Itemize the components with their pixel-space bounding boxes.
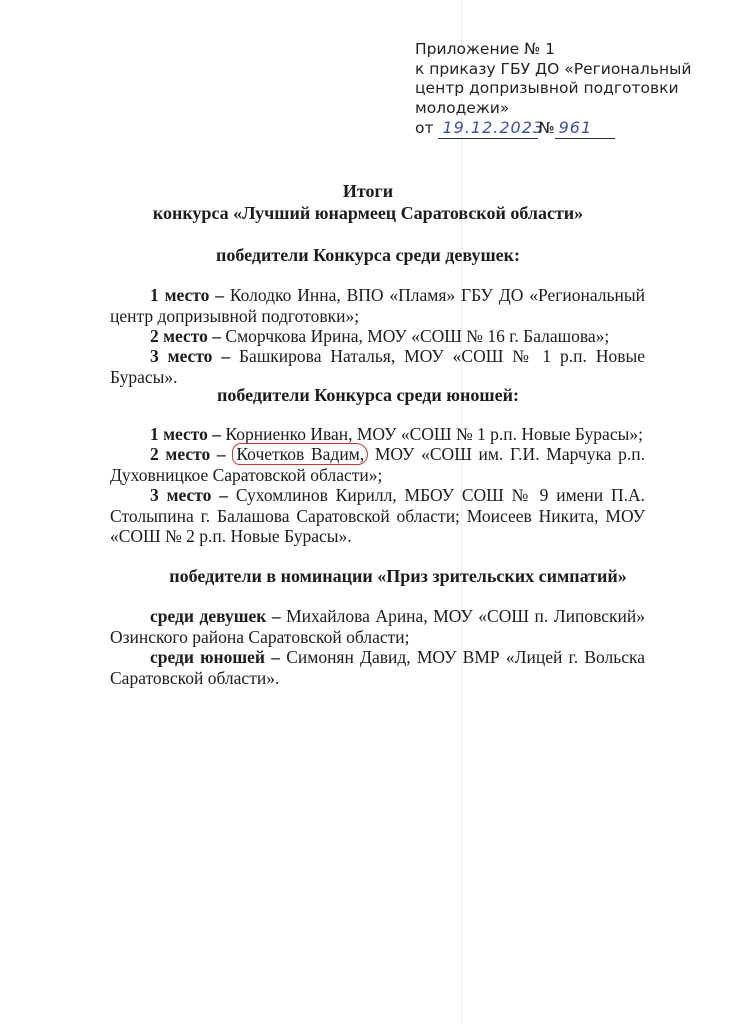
appendix-line: центр допризывной подготовки [415, 79, 715, 99]
audience-girls: среди девушек – Михайлова Арина, МОУ «СО… [110, 606, 645, 647]
section-heading-audience: победители в номинации «Приз зрительских… [30, 566, 736, 587]
appendix-line: молодежи» [415, 99, 715, 119]
section-heading-girls: победители Конкурса среди девушек: [0, 245, 736, 266]
appendix-header: Приложение № 1 к приказу ГБУ ДО «Региона… [415, 40, 715, 139]
circled-name: Кочетков Вадим, [232, 443, 368, 465]
handwritten-number: 961 [555, 118, 615, 139]
section-heading-boys: победители Конкурса среди юношей: [0, 385, 736, 406]
handwritten-date: 19.12.2023 [438, 118, 538, 139]
boys-place-1: 1 место – Корниенко Иван, МОУ «СОШ № 1 р… [110, 424, 645, 445]
doc-subtitle: конкурса «Лучший юнармеец Саратовской об… [0, 203, 736, 224]
doc-title: Итоги [0, 181, 736, 202]
appendix-line: Приложение № 1 [415, 40, 715, 60]
audience-boys: среди юношей – Симонян Давид, МОУ ВМР «Л… [110, 647, 645, 688]
number-sign: № [538, 119, 554, 137]
girls-place-3: 3 место – Башкирова Наталья, МОУ «СОШ № … [110, 346, 645, 387]
date-prefix: от [415, 119, 434, 137]
appendix-line: к приказу ГБУ ДО «Региональный [415, 60, 715, 80]
girls-place-2: 2 место – Сморчкова Ирина, МОУ «СОШ № 16… [110, 326, 645, 347]
order-date-line: от 19.12.2023№961 [415, 118, 715, 139]
girls-place-1: 1 место – Колодко Инна, ВПО «Пламя» ГБУ … [110, 285, 645, 326]
boys-place-3: 3 место – Сухомлинов Кирилл, МБОУ СОШ № … [110, 485, 645, 547]
boys-place-2: 2 место – Кочетков Вадим, МОУ «СОШ им. Г… [110, 444, 645, 485]
